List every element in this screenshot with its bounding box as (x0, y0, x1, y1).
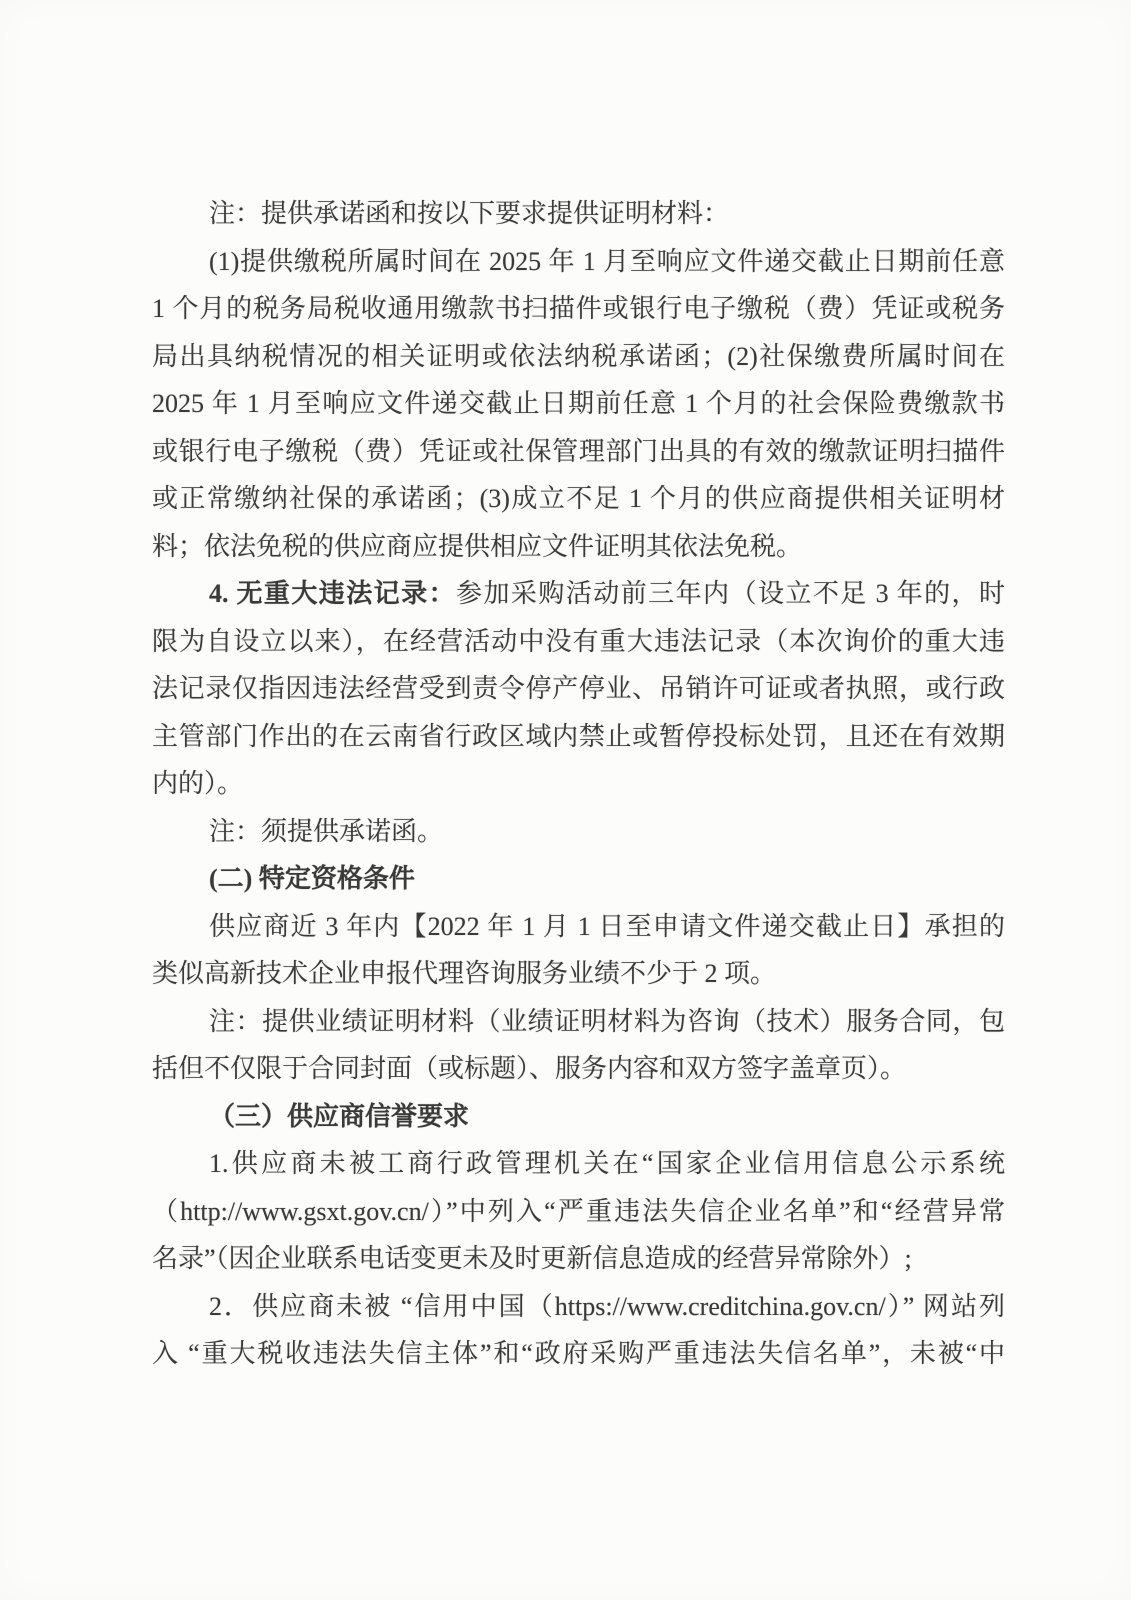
text-segment: 注：提供承诺函和按以下要求提供证明材料： (209, 199, 729, 228)
text-segment: (1)提供缴税所属时间在 2025 年 1 月至响应文件递交截止日期前任意 (209, 247, 1005, 276)
text-segment: 法记录仅指因违法经营受到责令停产停业、吊销许可证或者执照，或行政 (152, 674, 1005, 703)
section-heading-2: (二) 特定资格条件 (152, 855, 1005, 903)
note-line: 括但不仅限于合同封面（或标题）、服务内容和双方签字盖章页）。 (152, 1045, 1005, 1093)
bold-text-segment: （三）供应商信誉要求 (209, 1102, 469, 1131)
text-segment: 入 “重大税收违法失信主体”和“政府采购严重违法失信名单”，未被“中 (152, 1339, 1005, 1368)
text-segment: 1.供应商未被工商行政管理机关在“国家企业信用信息公示系统 (209, 1149, 1005, 1178)
text-segment: 类似高新技术企业申报代理咨询服务业绩不少于 2 项。 (152, 959, 776, 988)
body-line: 局出具纳税情况的相关证明或依法纳税承诺函；(2)社保缴费所属时间在 (152, 333, 1005, 381)
text-segment: 参加采购活动前三年内（设立不足 3 年的，时 (456, 579, 1005, 608)
text-segment: 限为自设立以来），在经营活动中没有重大违法记录（本次询价的重大违 (152, 627, 1005, 656)
note-line: 注：提供业绩证明材料（业绩证明材料为咨询（技术）服务合同，包 (152, 998, 1005, 1046)
body-line: 法记录仅指因违法经营受到责令停产停业、吊销许可证或者执照，或行政 (152, 665, 1005, 713)
bold-text-segment: 4. 无重大违法记录： (209, 579, 456, 608)
text-segment: 料；依法免税的供应商应提供相应文件证明其依法免税。 (152, 532, 802, 561)
body-line: 内的）。 (152, 760, 1005, 808)
scanned-document-page: 注：提供承诺函和按以下要求提供证明材料：(1)提供缴税所属时间在 2025 年 … (0, 0, 1131, 1600)
text-segment: 主管部门作出的在云南省行政区域内禁止或暂停投标处罚，且还在有效期 (152, 722, 1005, 751)
text-segment: 注：提供业绩证明材料（业绩证明材料为咨询（技术）服务合同，包 (209, 1007, 1005, 1036)
body-line: 1.供应商未被工商行政管理机关在“国家企业信用信息公示系统 (152, 1140, 1005, 1188)
section-heading-3: （三）供应商信誉要求 (152, 1093, 1005, 1141)
document-text-block: 注：提供承诺函和按以下要求提供证明材料：(1)提供缴税所属时间在 2025 年 … (152, 190, 1005, 1378)
text-segment: 局出具纳税情况的相关证明或依法纳税承诺函；(2)社保缴费所属时间在 (152, 342, 1005, 371)
body-line: 限为自设立以来），在经营活动中没有重大违法记录（本次询价的重大违 (152, 618, 1005, 666)
body-line: 2025 年 1 月至响应文件递交截止日期前任意 1 个月的社会保险费缴款书 (152, 380, 1005, 428)
text-segment: 或银行电子缴税（费）凭证或社保管理部门出具的有效的缴款证明扫描件 (152, 437, 1005, 466)
text-segment: 内的）。 (152, 769, 243, 798)
text-segment: 注：须提供承诺函。 (209, 817, 443, 846)
text-segment: 名录”（因企业联系电话变更未及时更新信息造成的经营异常除外）; (152, 1244, 912, 1273)
item-4-heading-line: 4. 无重大违法记录：参加采购活动前三年内（设立不足 3 年的，时 (152, 570, 1005, 618)
text-segment: （http://www.gsxt.gov.cn/）”中列入“严重违法失信企业名单… (152, 1197, 1005, 1226)
body-line: 入 “重大税收违法失信主体”和“政府采购严重违法失信名单”，未被“中 (152, 1330, 1005, 1378)
note-line: 注：提供承诺函和按以下要求提供证明材料： (152, 190, 1005, 238)
body-line: （http://www.gsxt.gov.cn/）”中列入“严重违法失信企业名单… (152, 1188, 1005, 1236)
text-segment: 2025 年 1 月至响应文件递交截止日期前任意 1 个月的社会保险费缴款书 (152, 389, 1005, 418)
text-segment: 供应商近 3 年内【2022 年 1 月 1 日至申请文件递交截止日】承担的 (209, 912, 1005, 941)
body-line: 1 个月的税务局税收通用缴款书扫描件或银行电子缴税（费）凭证或税务 (152, 285, 1005, 333)
body-line: 料；依法免税的供应商应提供相应文件证明其依法免税。 (152, 523, 1005, 571)
bold-text-segment: (二) 特定资格条件 (209, 864, 415, 893)
body-line: 供应商近 3 年内【2022 年 1 月 1 日至申请文件递交截止日】承担的 (152, 903, 1005, 951)
text-segment: 或正常缴纳社保的承诺函；(3)成立不足 1 个月的供应商提供相关证明材 (152, 484, 1005, 513)
text-segment: 括但不仅限于合同封面（或标题）、服务内容和双方签字盖章页）。 (152, 1054, 906, 1083)
note-line: 注：须提供承诺函。 (152, 808, 1005, 856)
body-line: 2．供应商未被 “信用中国（https://www.creditchina.go… (152, 1283, 1005, 1331)
text-segment: 2．供应商未被 “信用中国（https://www.creditchina.go… (209, 1292, 1005, 1321)
body-line: 或银行电子缴税（费）凭证或社保管理部门出具的有效的缴款证明扫描件 (152, 428, 1005, 476)
body-line: (1)提供缴税所属时间在 2025 年 1 月至响应文件递交截止日期前任意 (152, 238, 1005, 286)
body-line: 名录”（因企业联系电话变更未及时更新信息造成的经营异常除外）; (152, 1235, 1005, 1283)
body-line: 类似高新技术企业申报代理咨询服务业绩不少于 2 项。 (152, 950, 1005, 998)
text-segment: 1 个月的税务局税收通用缴款书扫描件或银行电子缴税（费）凭证或税务 (152, 294, 1005, 323)
body-line: 主管部门作出的在云南省行政区域内禁止或暂停投标处罚，且还在有效期 (152, 713, 1005, 761)
body-line: 或正常缴纳社保的承诺函；(3)成立不足 1 个月的供应商提供相关证明材 (152, 475, 1005, 523)
